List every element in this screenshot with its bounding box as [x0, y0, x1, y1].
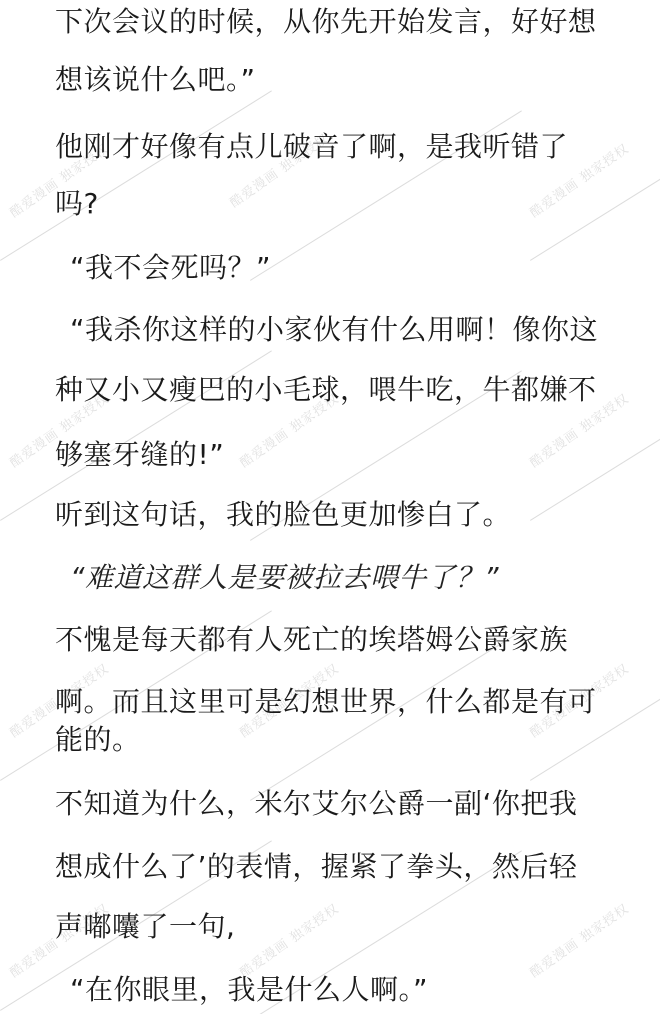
text-line: 声嘟囔了一句, [55, 909, 235, 945]
text-line: “在你眼里，我是什么人啊。” [70, 972, 428, 1008]
watermark-text: 酷爱漫画 独家授权 [235, 898, 342, 981]
text-line: 不愧是每天都有人死亡的埃塔姆公爵家族 [55, 622, 568, 658]
text-line: 够塞牙缝的!” [55, 437, 224, 473]
text-line: 他刚才好像有点儿破音了啊，是我听错了 [55, 129, 568, 165]
text-line: “我杀你这样的小家伙有什么用啊！像你这 [70, 312, 598, 348]
text-line: 能的。 [55, 722, 141, 758]
watermark-line [0, 90, 272, 260]
text-line: 吗? [55, 186, 99, 222]
text-line: 下次会议的时候，从你先开始发言，好好想 [55, 4, 597, 40]
inner-thought-line: “难道这群人是要被拉去喂牛了？” [70, 560, 499, 596]
watermark-line [530, 154, 660, 261]
text-line: 不知道为什么，米尔艾尔公爵一副‘你把我 [55, 786, 577, 822]
text-line: 种又小又瘦巴的小毛球，喂牛吃，牛都嫌不 [55, 372, 597, 408]
watermark-text: 酷爱漫画 独家授权 [525, 898, 632, 981]
text-line: 想该说什么吧。” [55, 62, 256, 98]
text-line: “我不会死吗？” [70, 250, 271, 286]
text-line: 想成什么了’的表情，握紧了拳头，然后轻 [55, 849, 577, 885]
watermark-line [530, 414, 660, 521]
text-line: 啊。而且这里可是幻想世界，什么都是有可 [55, 684, 597, 720]
text-line: 听到这句话，我的脸色更加惨白了。 [55, 497, 511, 533]
